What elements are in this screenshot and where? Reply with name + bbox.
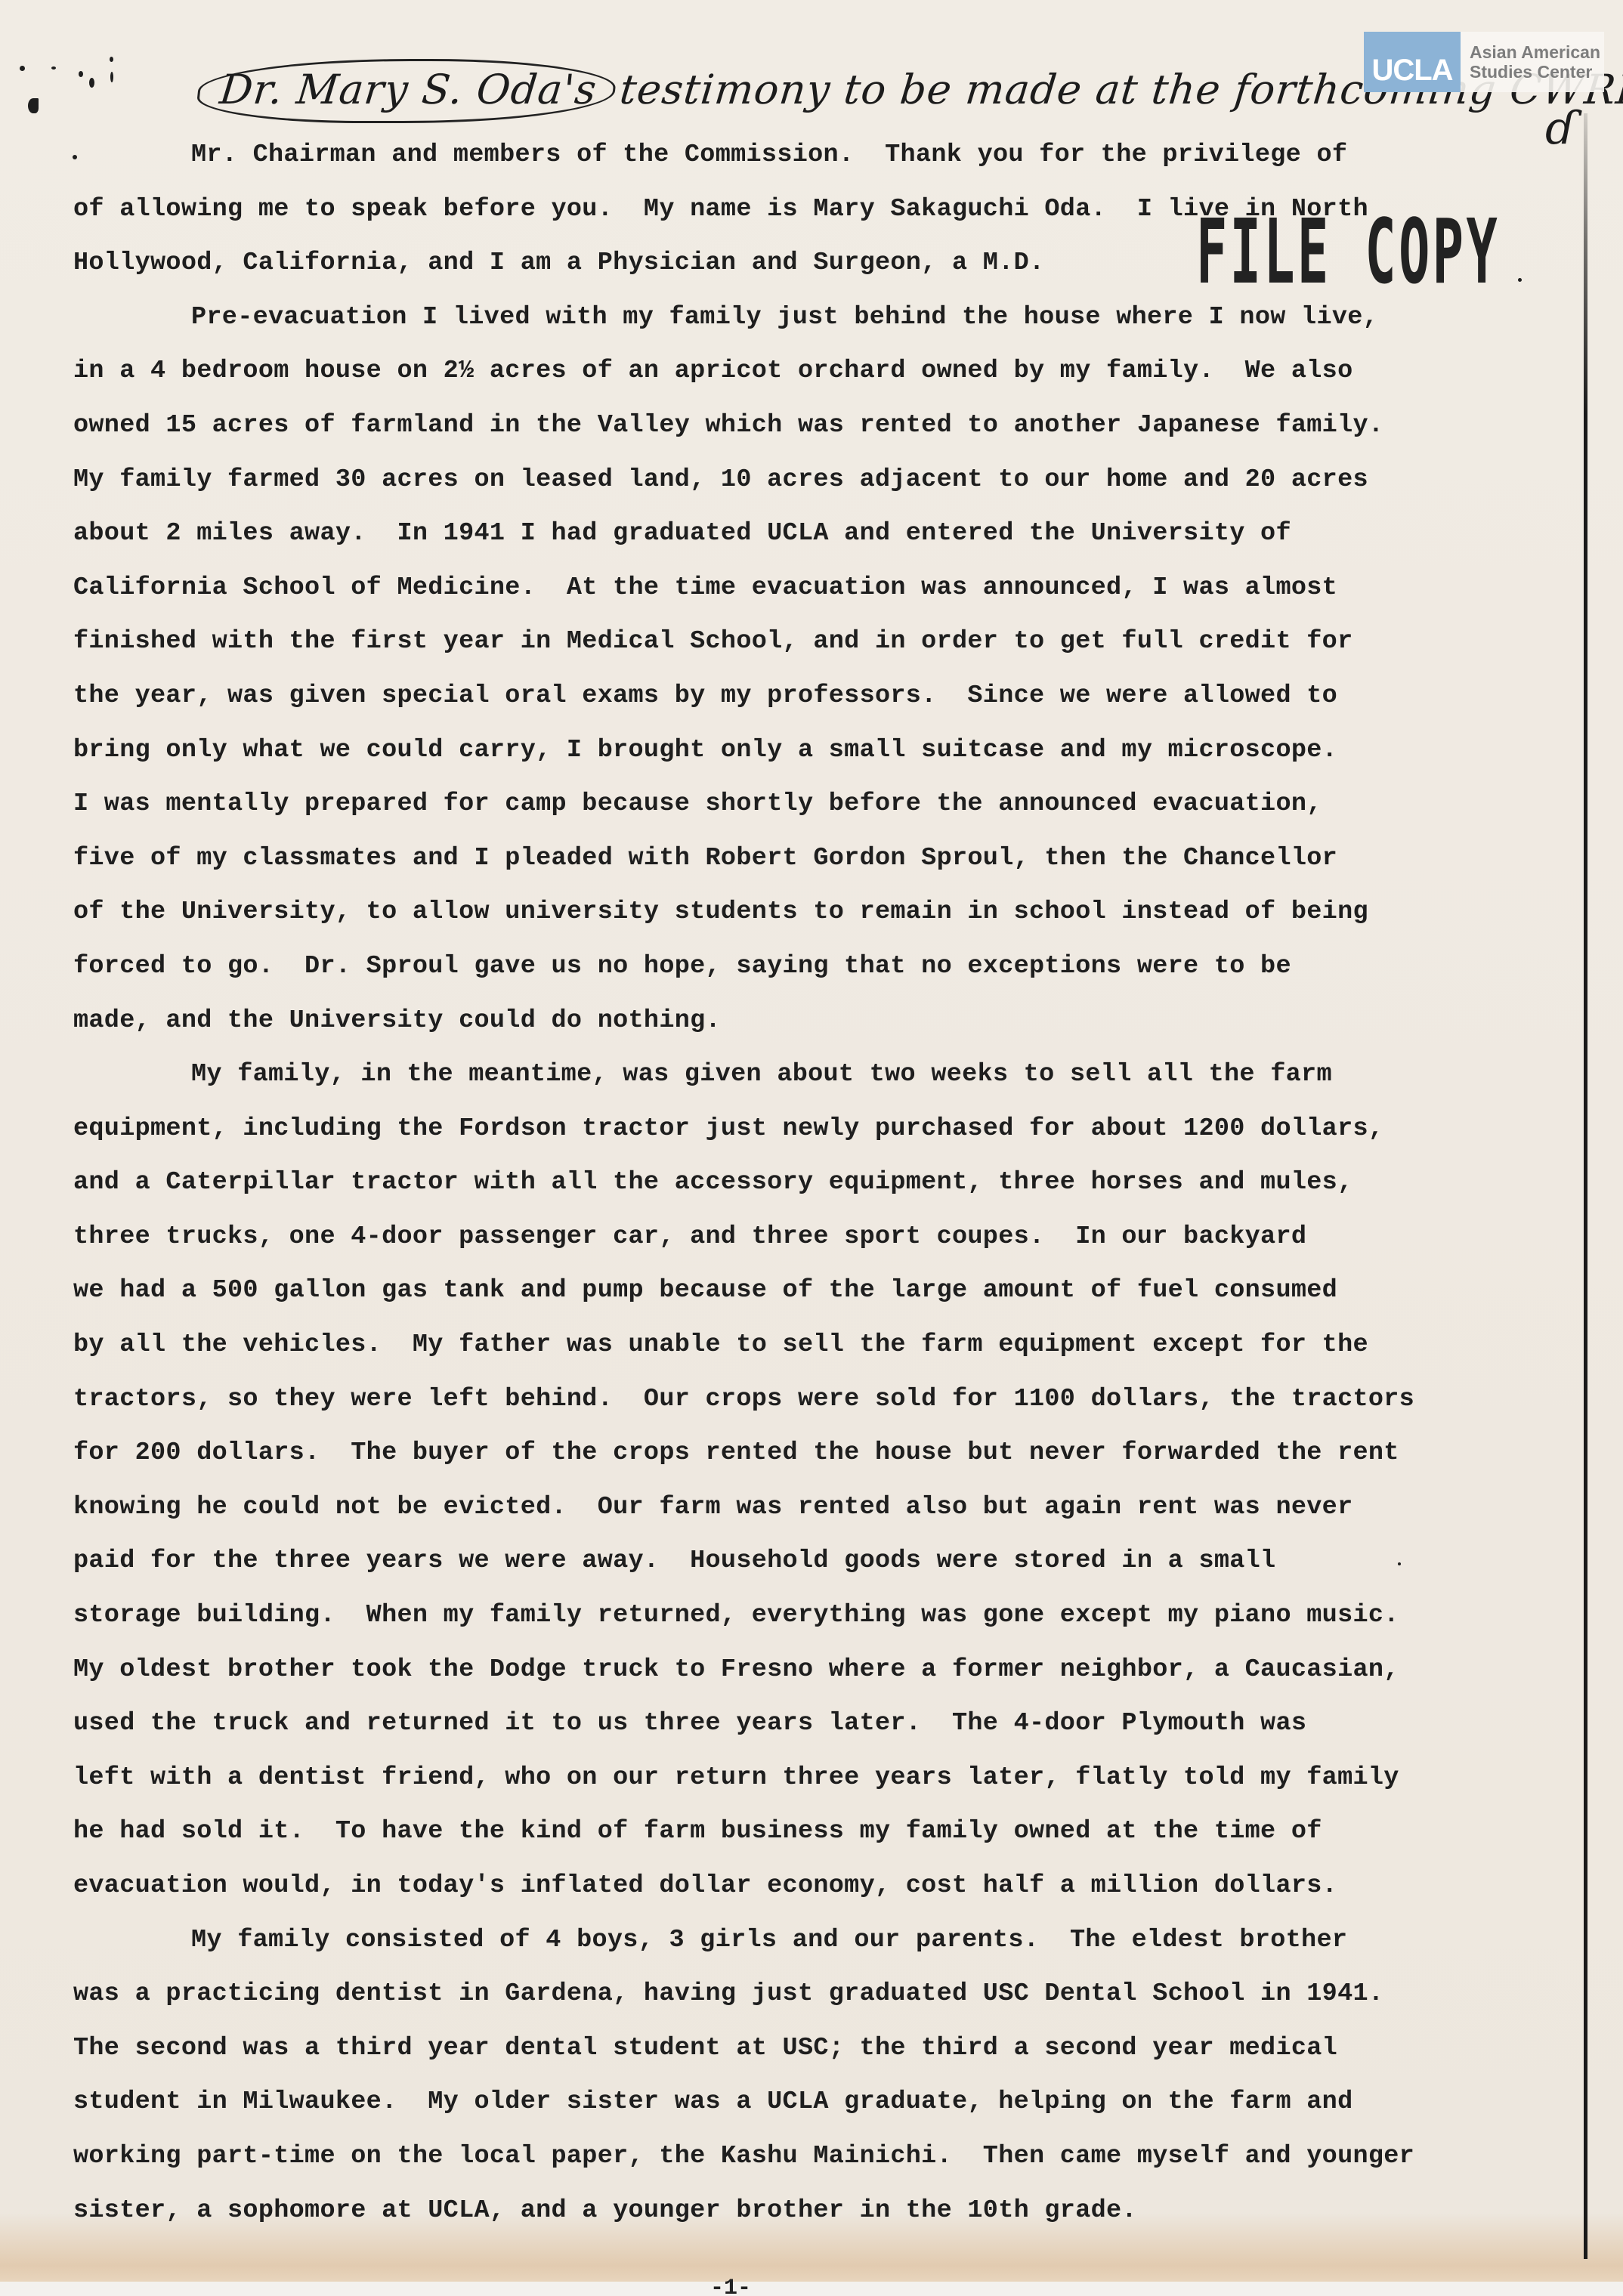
text-line: evacuation would, in today's inflated do… [73,1859,1577,1914]
text-line: in a 4 bedroom house on 2½ acres of an a… [73,345,1577,399]
text-line: The second was a third year dental stude… [73,2022,1577,2076]
text-line: My oldest brother took the Dodge truck t… [73,1643,1577,1698]
text-line: tractors, so they were left behind. Our … [73,1373,1577,1427]
text-line: paid for the three years we were away. H… [73,1534,1577,1589]
text-line: he had sold it. To have the kind of farm… [73,1805,1577,1859]
text-line: I was mentally prepared for camp because… [73,777,1577,832]
text-line: My family, in the meantime, was given ab… [73,1048,1577,1102]
text-line: made, and the University could do nothin… [73,994,1577,1049]
text-line: we had a 500 gallon gas tank and pump be… [73,1264,1577,1318]
margin-rule [1584,113,1587,2259]
text-line: Hollywood, California, and I am a Physic… [73,236,1577,291]
text-line: about 2 miles away. In 1941 I had gradua… [73,507,1577,561]
text-line: Pre-evacuation I lived with my family ju… [73,291,1577,345]
ink-speck [79,71,83,77]
text-line: student in Milwaukee. My older sister wa… [73,2075,1577,2130]
text-line: finished with the first year in Medical … [73,615,1577,669]
text-line: used the truck and returned it to us thr… [73,1697,1577,1751]
archive-logo: UCLA Asian American Studies Center [1364,32,1604,92]
ink-speck [20,66,25,71]
center-name-line2: Studies Center [1470,62,1600,82]
text-line: My family consisted of 4 boys, 3 girls a… [73,1914,1577,1968]
text-line: the year, was given special oral exams b… [73,669,1577,724]
text-line: of allowing me to speak before you. My n… [73,183,1577,237]
page-number: -1- [710,2276,751,2296]
text-line: sister, a sophomore at UCLA, and a young… [73,2184,1577,2239]
ucla-badge: UCLA [1364,32,1461,92]
text-line: five of my classmates and I pleaded with… [73,832,1577,886]
text-line: working part-time on the local paper, th… [73,2130,1577,2184]
text-line: Mr. Chairman and members of the Commissi… [73,128,1577,183]
ink-speck [89,78,94,88]
text-line: bring only what we could carry, I brough… [73,724,1577,778]
ink-speck [110,72,113,82]
text-line: and a Caterpillar tractor with all the a… [73,1156,1577,1210]
ink-speck [28,98,39,113]
text-line: left with a dentist friend, who on our r… [73,1751,1577,1806]
typed-testimony: Mr. Chairman and members of the Commissi… [73,128,1577,2238]
text-line: owned 15 acres of farmland in the Valley… [73,399,1577,453]
text-line: My family farmed 30 acres on leased land… [73,453,1577,508]
center-name: Asian American Studies Center [1461,32,1600,92]
text-line: forced to go. Dr. Sproul gave us no hope… [73,940,1577,994]
text-line: storage building. When my family returne… [73,1589,1577,1643]
text-line: of the University, to allow university s… [73,885,1577,940]
text-line: California School of Medicine. At the ti… [73,561,1577,616]
text-line: was a practicing dentist in Gardena, hav… [73,1967,1577,2022]
text-line: three trucks, one 4-door passenger car, … [73,1210,1577,1265]
circled-author-name: Dr. Mary S. Oda's [195,59,619,123]
text-line: by all the vehicles. My father was unabl… [73,1318,1577,1373]
text-line: equipment, including the Fordson tractor… [73,1102,1577,1157]
ink-speck [51,66,56,70]
scan-edge [0,2282,1623,2296]
center-name-line1: Asian American [1470,42,1600,62]
text-line: for 200 dollars. The buyer of the crops … [73,1426,1577,1481]
text-line: knowing he could not be evicted. Our far… [73,1481,1577,1535]
ink-speck [110,57,113,62]
